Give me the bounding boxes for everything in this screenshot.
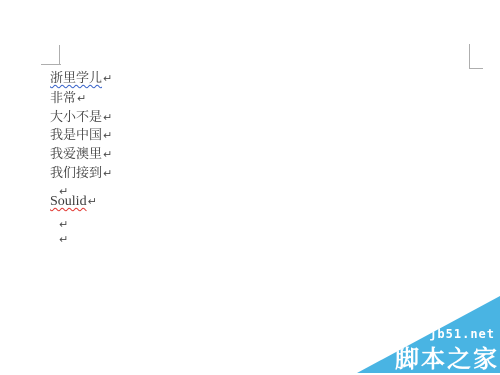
paragraph-mark-icon: ↵ xyxy=(103,72,112,85)
text-run: 我是中国 xyxy=(50,128,102,143)
paragraph-mark-icon: ↵ xyxy=(59,218,68,231)
paragraph-mark-icon: ↵ xyxy=(77,92,86,105)
watermark: jb51.net 脚本之家 xyxy=(357,296,500,373)
text-boundary-crop-mark-top-left-icon xyxy=(41,64,61,65)
document-line[interactable]: Soulid↵ xyxy=(50,195,97,209)
document-line[interactable]: ↵ xyxy=(58,218,68,232)
document-line[interactable]: 我是中国↵ xyxy=(50,129,112,143)
document-line[interactable]: ↵ xyxy=(58,233,68,247)
paragraph-mark-icon: ↵ xyxy=(59,233,68,246)
document-line[interactable]: 我们接到↵ xyxy=(50,167,112,181)
watermark-site-name: 脚本之家 xyxy=(395,339,499,373)
text-run: 非常 xyxy=(50,91,76,106)
word-document-page[interactable]: 浙里学儿↵非常↵大小不是↵我是中国↵我爱澳里↵我们接到↵↵Soulid↵↵↵ j… xyxy=(0,0,500,375)
text-run-spelling-flagged: Soulid xyxy=(50,194,87,209)
text-boundary-crop-mark-top-right-icon xyxy=(469,44,470,69)
paragraph-mark-icon: ↵ xyxy=(103,148,112,161)
paragraph-mark-icon: ↵ xyxy=(103,111,112,124)
text-run: 大小不是 xyxy=(50,110,102,125)
paragraph-mark-icon: ↵ xyxy=(88,195,97,208)
document-line[interactable]: 非常↵ xyxy=(50,92,86,106)
paragraph-mark-icon: ↵ xyxy=(103,129,112,142)
document-line[interactable]: 我爱澳里↵ xyxy=(50,148,112,162)
paragraph-mark-icon: ↵ xyxy=(103,167,112,180)
document-line[interactable]: 浙里学儿↵ xyxy=(50,72,112,86)
text-run: 我们接到 xyxy=(50,166,102,181)
text-run: 我爱澳里 xyxy=(50,147,102,162)
text-boundary-crop-mark-top-right-icon xyxy=(469,68,483,69)
text-boundary-crop-mark-top-left-icon xyxy=(59,45,60,65)
text-run-grammar-flagged: 浙里学儿 xyxy=(50,71,102,86)
document-line[interactable]: 大小不是↵ xyxy=(50,111,112,125)
